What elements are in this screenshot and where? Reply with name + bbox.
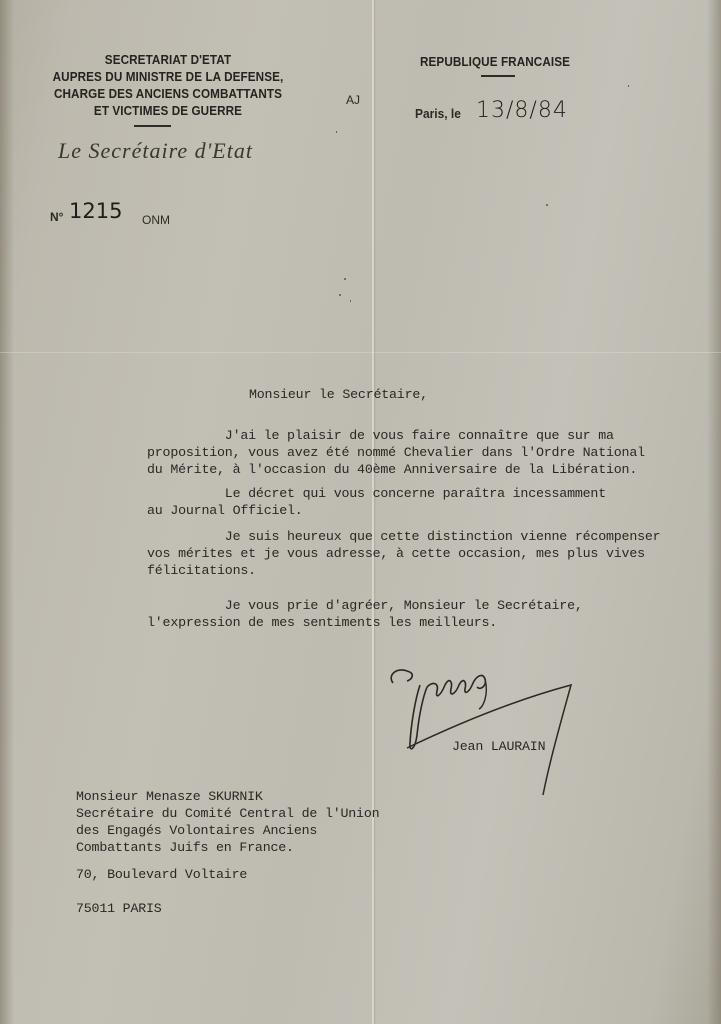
letterhead-line: SECRETARIAT D'ETAT	[33, 51, 303, 68]
body-paragraph: J'ai le plaisir de vous faire connaître …	[147, 427, 645, 478]
paper-speck	[546, 204, 548, 206]
body-paragraph: Je vous prie d'agréer, Monsieur le Secré…	[147, 597, 583, 631]
place-label: Paris, le	[415, 106, 461, 121]
letterhead-rule-left	[134, 125, 171, 127]
republic-title: REPUBLIQUE FRANCAISE	[405, 53, 585, 70]
letterhead-line: CHARGE DES ANCIENS COMBATTANTS	[33, 85, 303, 102]
signatory-title: Le Secrétaire d'Etat	[58, 138, 253, 164]
letterhead-line: ET VICTIMES DE GUERRE	[33, 102, 303, 119]
salutation: Monsieur le Secrétaire,	[249, 386, 428, 403]
reference-code: ONM	[142, 213, 170, 227]
paper-speck	[344, 278, 346, 280]
paper-speck	[339, 294, 341, 296]
handwritten-date: 13/8/84	[476, 98, 568, 123]
body-paragraph: Le décret qui vous concerne paraîtra inc…	[147, 485, 606, 519]
letterhead-line: AUPRES DU MINISTRE DE LA DEFENSE,	[33, 68, 303, 85]
paper-speck	[350, 300, 351, 302]
handwritten-number: 1215	[69, 199, 122, 223]
recipient-city: 75011 PARIS	[76, 900, 162, 917]
paper-speck	[628, 85, 629, 87]
ministry-letterhead: SECRETARIAT D'ETAT AUPRES DU MINISTRE DE…	[33, 51, 303, 119]
handwritten-signature	[385, 655, 585, 805]
signer-name: Jean LAURAIN	[452, 738, 545, 755]
letterhead-rule-right	[481, 75, 515, 77]
horizontal-fold-crease	[0, 352, 721, 353]
initials: AJ	[346, 93, 360, 107]
paper-edge-left	[0, 0, 14, 1024]
recipient-street: 70, Boulevard Voltaire	[76, 866, 247, 883]
body-paragraph: Je suis heureux que cette distinction vi…	[147, 528, 660, 579]
number-label: N°	[50, 210, 63, 224]
recipient-address: Monsieur Menasze SKURNIK Secrétaire du C…	[76, 788, 379, 856]
paper-edge-right	[707, 0, 721, 1024]
paper-speck	[336, 131, 337, 133]
